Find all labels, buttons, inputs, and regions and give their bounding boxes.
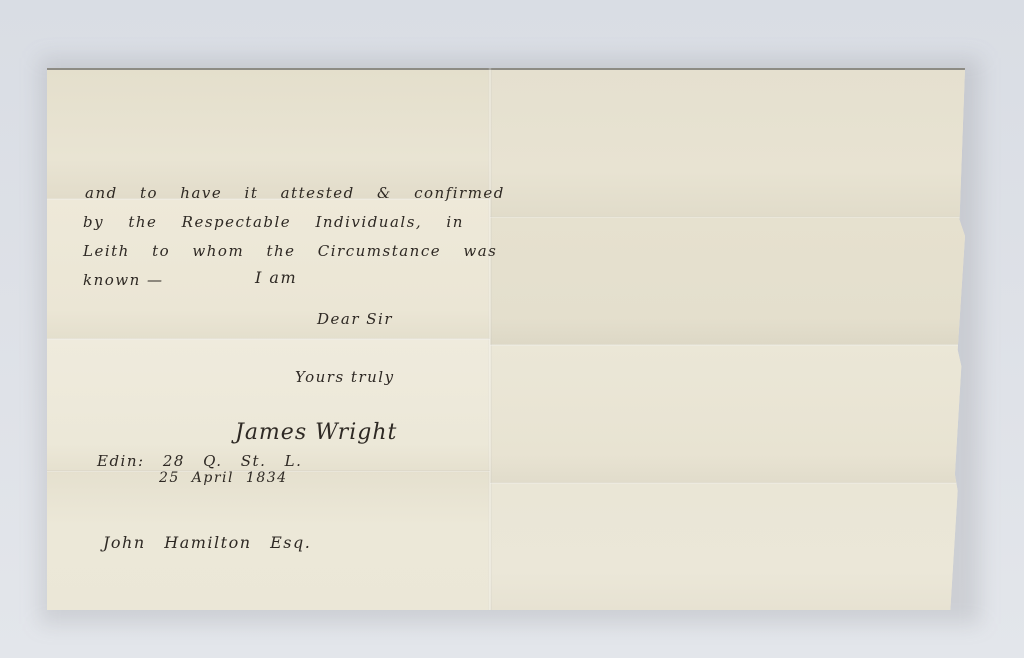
letter-body-line: known — — [83, 271, 164, 289]
horizontal-fold-crease — [490, 216, 965, 218]
recipient-name: John Hamilton Esq. — [103, 533, 311, 552]
salutation: Dear Sir — [317, 310, 393, 328]
letter-sheet: and to have it attested & confirmed by t… — [47, 68, 965, 610]
horizontal-fold-crease — [47, 338, 490, 340]
letter-body-line: and to have it attested & confirmed — [85, 184, 505, 202]
fold-panel-left-1 — [47, 68, 490, 198]
fold-panel-right-1 — [490, 68, 965, 216]
fold-panel-right-2 — [490, 216, 965, 344]
fold-panel-right-3 — [490, 344, 965, 482]
sender-address: Edin: 28 Q. St. L. — [97, 452, 302, 470]
signature: James Wright — [235, 420, 397, 445]
horizontal-fold-crease — [490, 344, 965, 346]
paper-top-edge — [47, 68, 965, 70]
letter-date: 25 April 1834 — [159, 470, 288, 486]
horizontal-fold-crease — [490, 482, 965, 484]
letter-body-line: Leith to whom the Circumstance was — [83, 242, 497, 260]
fold-panel-left-3 — [47, 338, 490, 470]
valediction: Yours truly — [295, 368, 395, 386]
closing-i-am: I am — [255, 268, 297, 287]
fold-panel-right-4 — [490, 482, 965, 610]
letter-body-line: by the Respectable Individuals, in — [83, 213, 464, 231]
